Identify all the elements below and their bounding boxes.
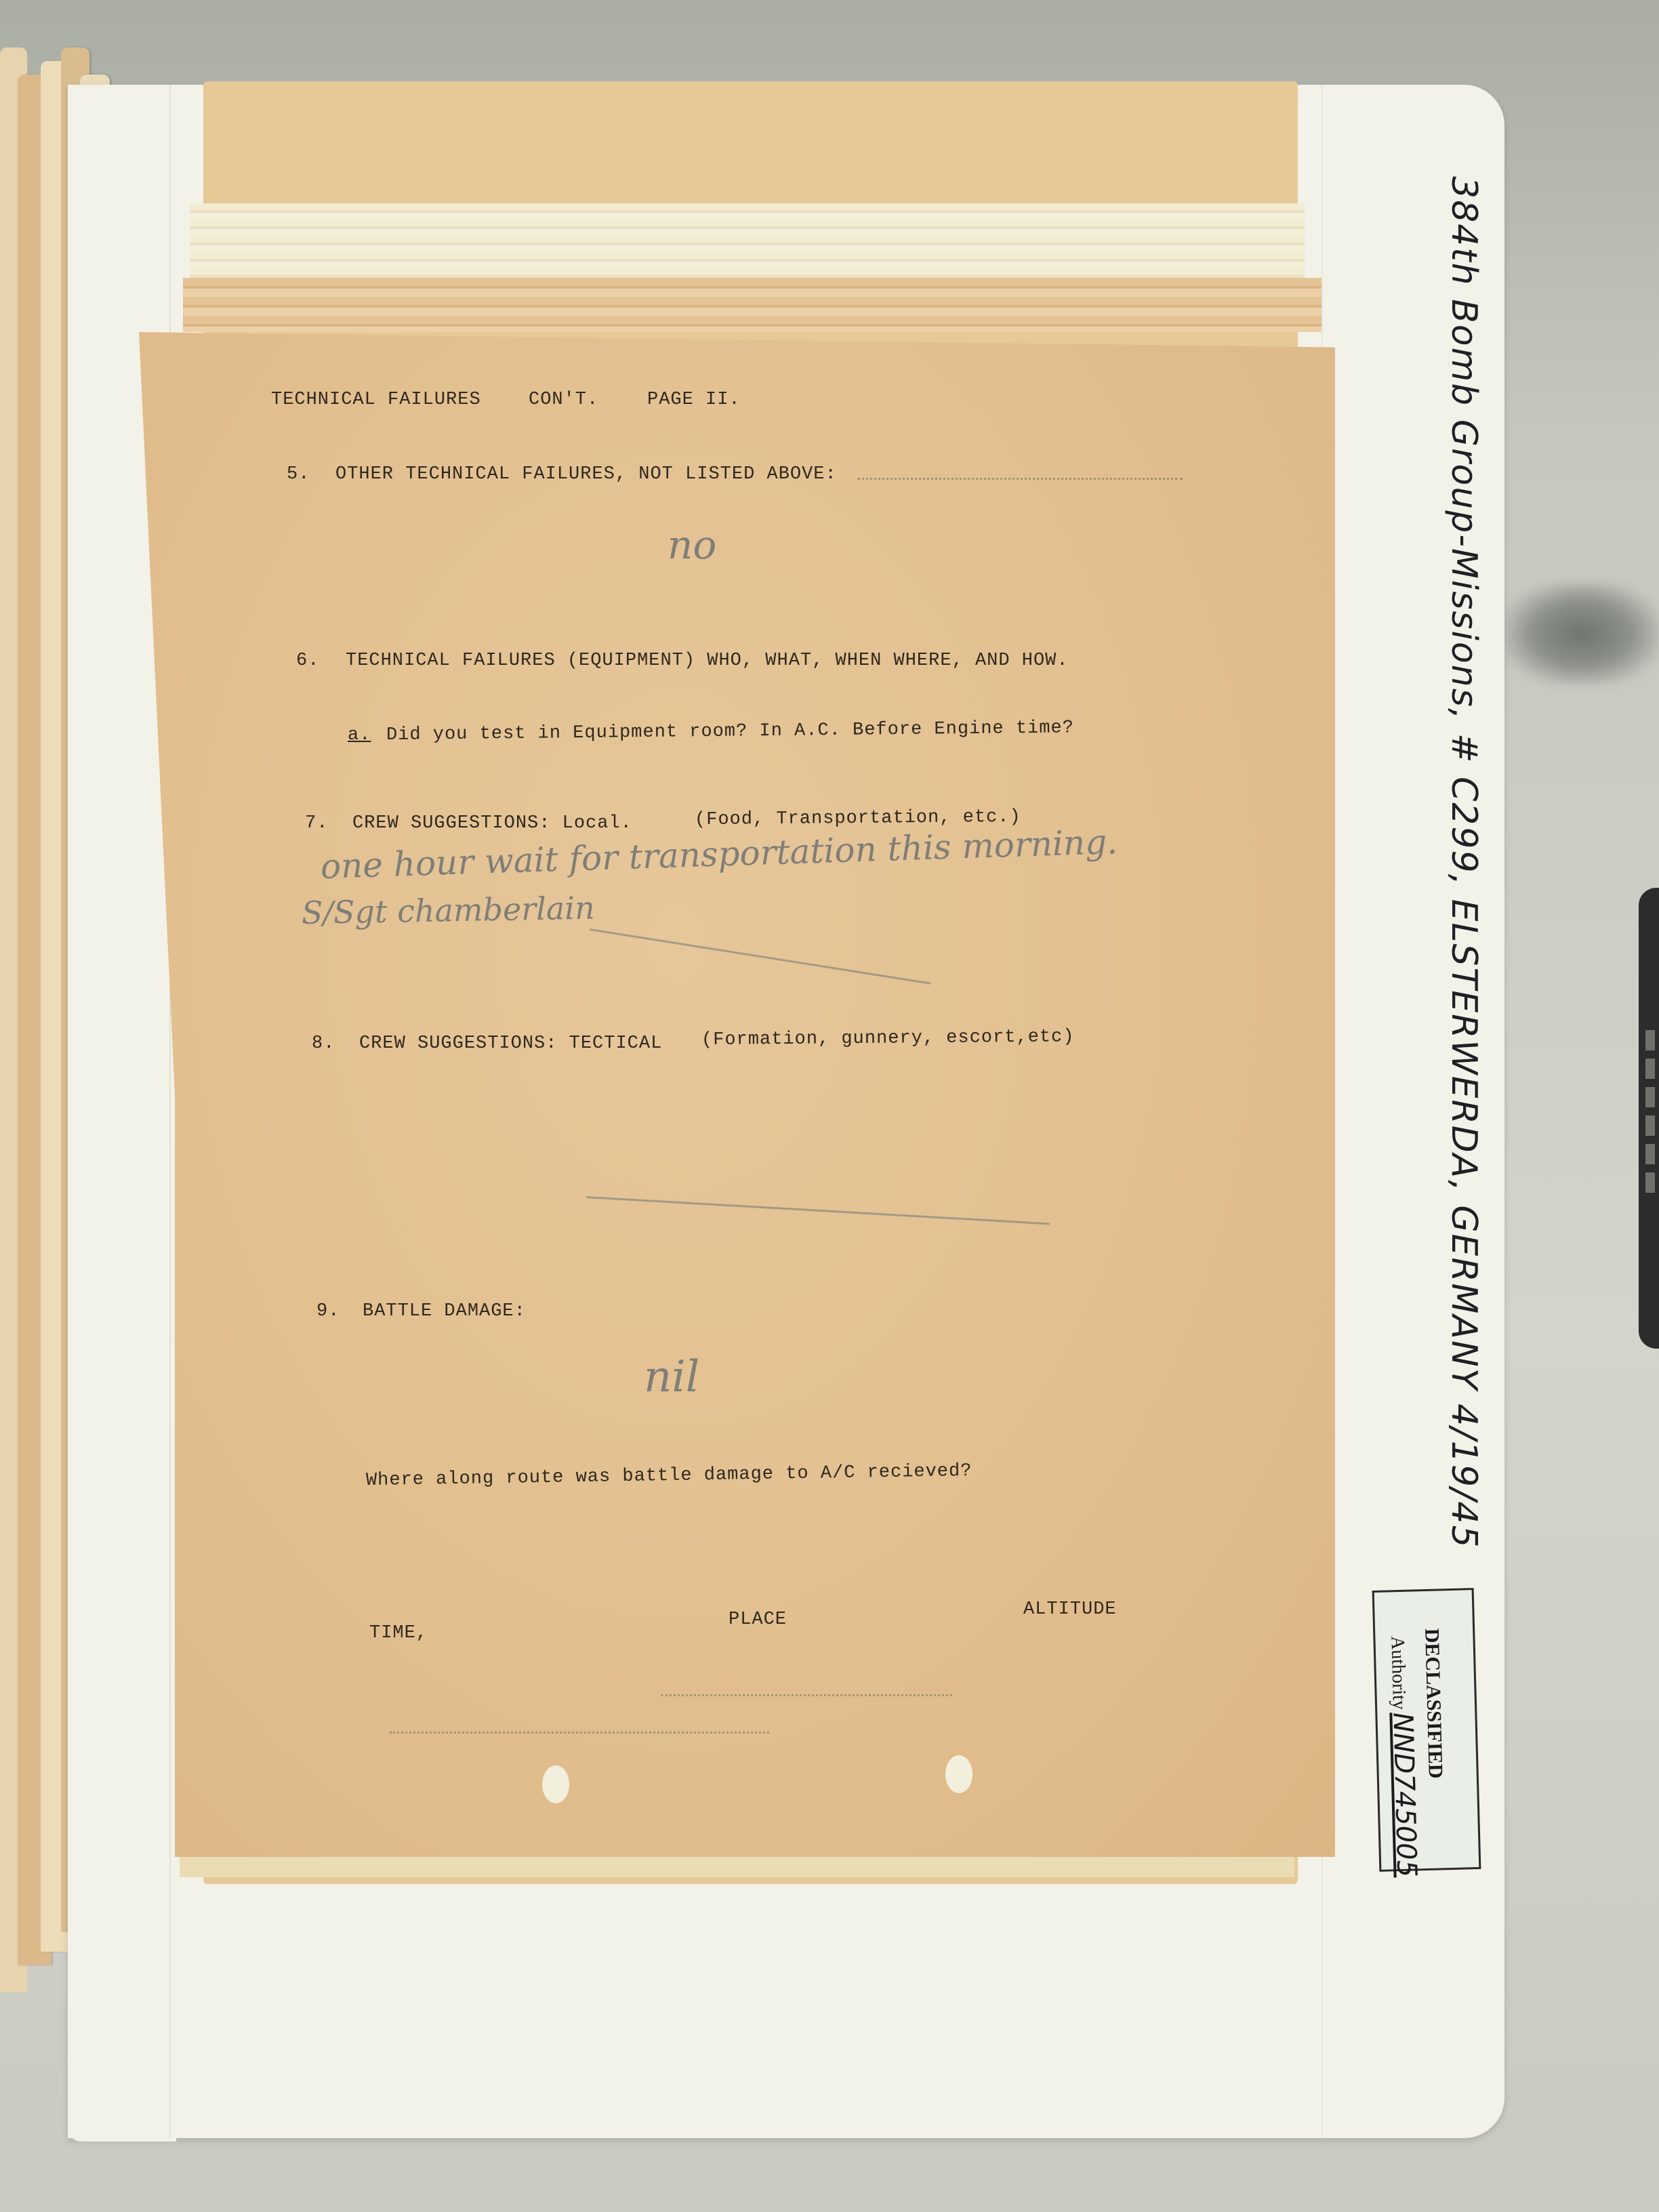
field-time-label: TIME, bbox=[369, 1623, 428, 1643]
folder-tab-label: 384th Bomb Group-Missions, # C299, ELSTE… bbox=[1443, 176, 1484, 1532]
header-page-number: PAGE II. bbox=[647, 390, 741, 410]
punch-hole-icon bbox=[945, 1755, 972, 1793]
section-hint: (Formation, gunnery, escort,etc) bbox=[701, 1027, 1075, 1050]
section-label: CREW SUGGESTIONS: Local. bbox=[352, 813, 632, 834]
section-label: OTHER TECHNICAL FAILURES, NOT LISTED ABO… bbox=[335, 464, 837, 485]
pencil-strike-line bbox=[586, 1196, 1050, 1225]
stamp-authority-number: NND745005 bbox=[1387, 1712, 1422, 1877]
declassified-stamp: DECLASSIFIED AuthorityNND745005 bbox=[1372, 1588, 1481, 1872]
marble-surface-streak bbox=[1504, 583, 1659, 684]
folder-tab-text: 384th Bomb Group-Missions, # C299, ELSTE… bbox=[1443, 176, 1484, 1549]
punch-hole-icon bbox=[542, 1765, 569, 1803]
header-title: TECHNICAL FAILURES bbox=[271, 390, 481, 410]
header-continued: CON'T. bbox=[529, 390, 598, 410]
subquestion-letter: a. bbox=[348, 725, 371, 745]
section-number: 5. bbox=[287, 464, 310, 485]
folder-bottom-tab bbox=[68, 2087, 176, 2142]
answer-line bbox=[857, 478, 1183, 480]
answer-line bbox=[661, 1694, 952, 1696]
handwritten-answer: nil bbox=[644, 1352, 699, 1402]
section-number: 6. bbox=[296, 651, 319, 671]
handwritten-signature: S/Sgt chamberlain bbox=[302, 889, 596, 931]
field-place-label: PLACE bbox=[729, 1610, 787, 1630]
section-label: CREW SUGGESTIONS: TECTICAL bbox=[359, 1033, 662, 1054]
stamp-authority: AuthorityNND745005 bbox=[1385, 1635, 1422, 1877]
answer-line bbox=[390, 1732, 769, 1734]
section-number: 7. bbox=[305, 813, 328, 834]
technical-failures-form-page: TECHNICAL FAILURES CON'T. PAGE II. 5. OT… bbox=[139, 332, 1335, 1857]
section-label: TECHNICAL FAILURES (EQUIPMENT) WHO, WHAT… bbox=[346, 651, 1069, 671]
stacked-page-edges-tan bbox=[183, 278, 1322, 332]
handwritten-answer: no bbox=[668, 522, 716, 568]
section-number: 8. bbox=[312, 1033, 335, 1054]
subquestion-text: Where along route was battle damage to A… bbox=[366, 1461, 972, 1491]
stamp-title: DECLASSIFIED bbox=[1420, 1628, 1447, 1779]
section-label: BATTLE DAMAGE: bbox=[363, 1301, 526, 1322]
device-label-marks bbox=[1645, 1030, 1655, 1193]
pencil-strike-line bbox=[590, 928, 931, 985]
subquestion-text: Did you test in Equipment room? In A.C. … bbox=[386, 718, 1074, 745]
field-altitude-label: ALTITUDE bbox=[1023, 1599, 1117, 1620]
section-number: 9. bbox=[316, 1301, 340, 1322]
stamp-authority-label: Authority bbox=[1387, 1636, 1410, 1711]
